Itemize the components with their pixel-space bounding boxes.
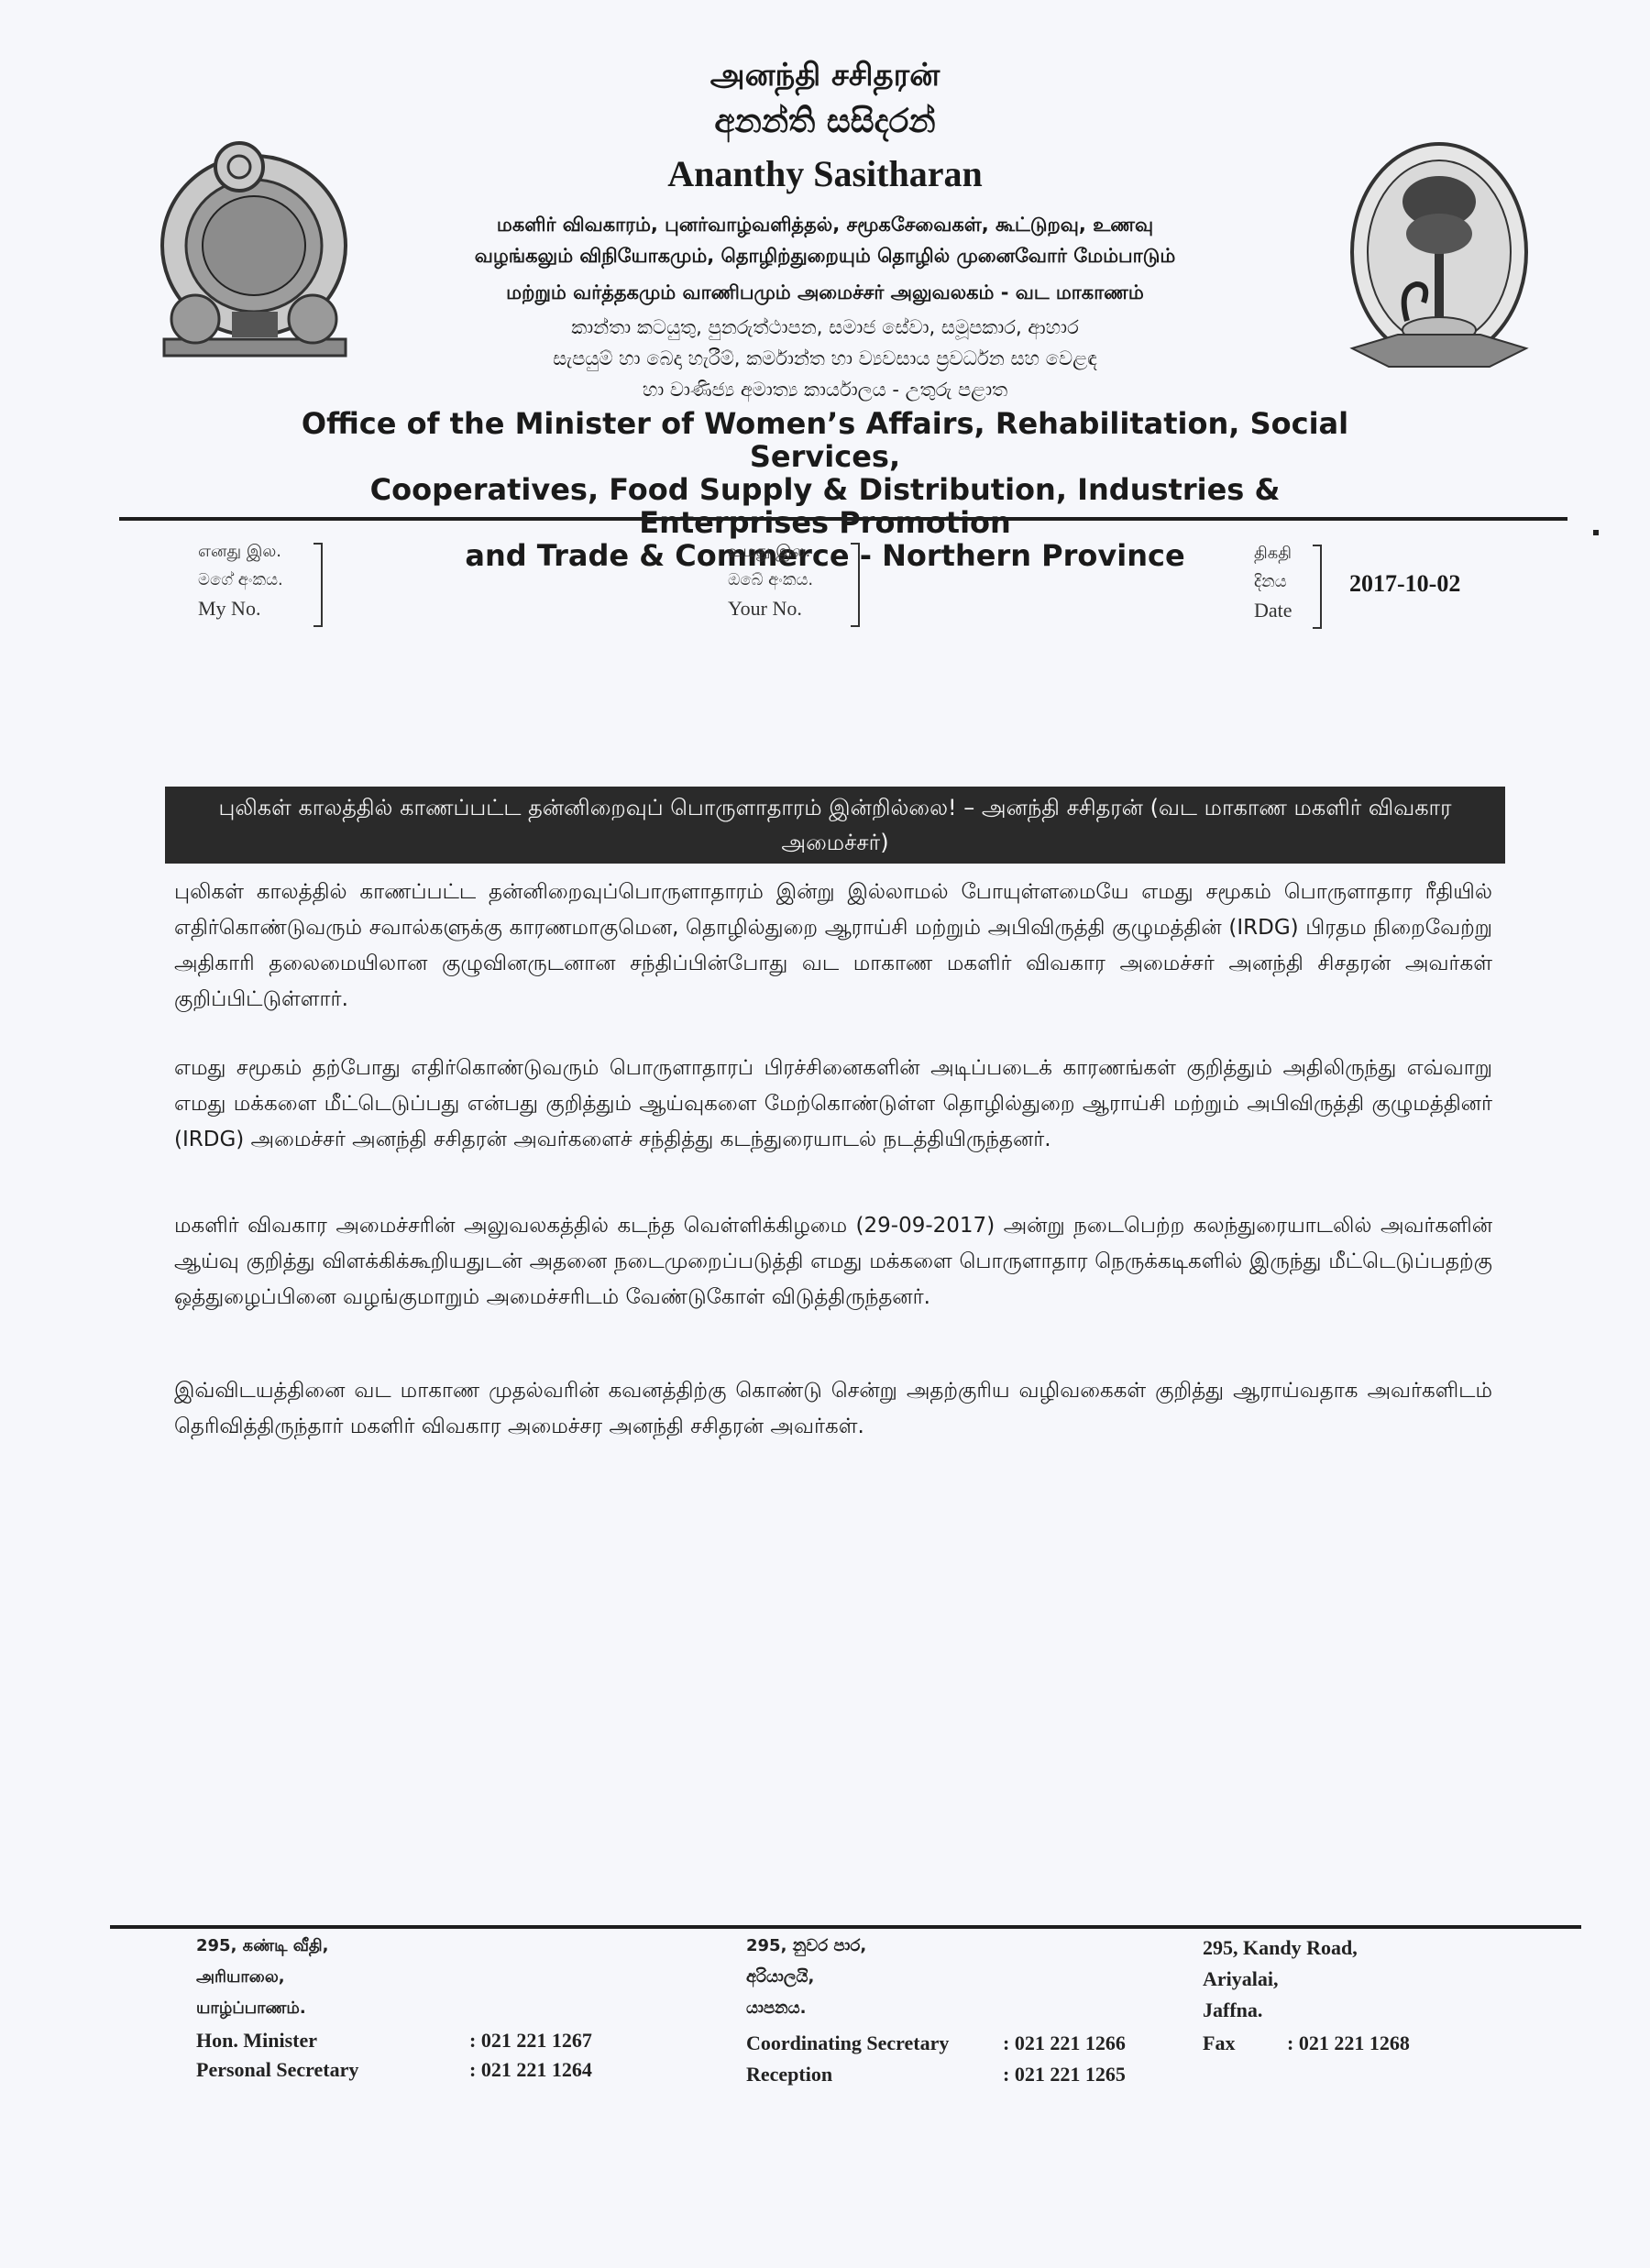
fax-number: : 021 221 1268: [1287, 2028, 1410, 2059]
minister-name-tamil: அனந்தி சசிதரன்: [0, 57, 1650, 97]
contact-fax: Fax: [1203, 2028, 1235, 2059]
contact-reception: Reception: [746, 2059, 949, 2090]
department-sinhala: කාන්තා කටයුතු, පුනරුත්ථාපන, සමාජ සේවා, ස…: [348, 312, 1302, 405]
footer-contacts-left-numbers: : 021 221 1267 : 021 221 1264: [469, 2026, 592, 2085]
footer-english-address: 295, Kandy Road, Ariyalai, Jaffna.: [1203, 1932, 1358, 2026]
contact-personal-secretary: Personal Secretary: [196, 2055, 358, 2085]
footer-sinhala-address: 295, නුවර පාර, අරියාලයි, යාපනය.: [746, 1931, 866, 2024]
margin-dot: [1593, 530, 1599, 535]
footer-tamil-address: 295, கண்டி வீதி, அரியாலை, யாழ்ப்பாணம்.: [196, 1931, 329, 2024]
paragraph-4: இவ்விடயத்தினை வட மாகாண முதல்வரின் கவனத்த…: [174, 1373, 1492, 1445]
contact-coordinating-secretary: Coordinating Secretary: [746, 2028, 949, 2059]
paragraph-3: மகளிர் விவகார அமைச்சரின் அலுவலகத்தில் கட…: [174, 1208, 1492, 1316]
contact-hon-minister: Hon. Minister: [196, 2026, 358, 2055]
minister-name-english: Ananthy Sasitharan: [0, 152, 1650, 195]
my-number-field: எனது இல. මගේ අංකය. My No.: [198, 537, 283, 622]
date-value: 2017-10-02: [1349, 570, 1460, 598]
date-bracket: [1313, 545, 1322, 629]
minister-name-sinhala: අනන්ති සසිදරන්: [0, 103, 1650, 141]
your-number-field: உமது இல. ඔබේ අංකය. Your No.: [728, 537, 813, 622]
your-number-bracket: [851, 543, 860, 627]
paragraph-2: எமது சமூகம் தற்போது எதிர்கொண்டுவரும் பொர…: [174, 1051, 1492, 1158]
date-field: திகதி දිනය Date: [1254, 539, 1292, 624]
department-english: Office of the Minister of Women’s Affair…: [275, 407, 1375, 572]
footer-contacts-middle-numbers: : 021 221 1266 : 021 221 1265: [1003, 2028, 1126, 2090]
my-number-bracket: [313, 543, 323, 627]
header-divider: [119, 517, 1567, 521]
department-tamil: மகளிர் விவகாரம், புனர்வாழ்வளித்தல், சமூக…: [348, 209, 1302, 308]
footer-contacts-left: Hon. Minister Personal Secretary: [196, 2026, 358, 2085]
paragraph-1: புலிகள் காலத்தில் காணப்பட்ட தன்னிறைவுப்ப…: [174, 875, 1492, 1018]
footer-contacts-middle: Coordinating Secretary Reception: [746, 2028, 949, 2090]
footer-divider: [110, 1925, 1581, 1929]
article-title: புலிகள் காலத்தில் காணப்பட்ட தன்னிறைவுப் …: [165, 787, 1505, 864]
